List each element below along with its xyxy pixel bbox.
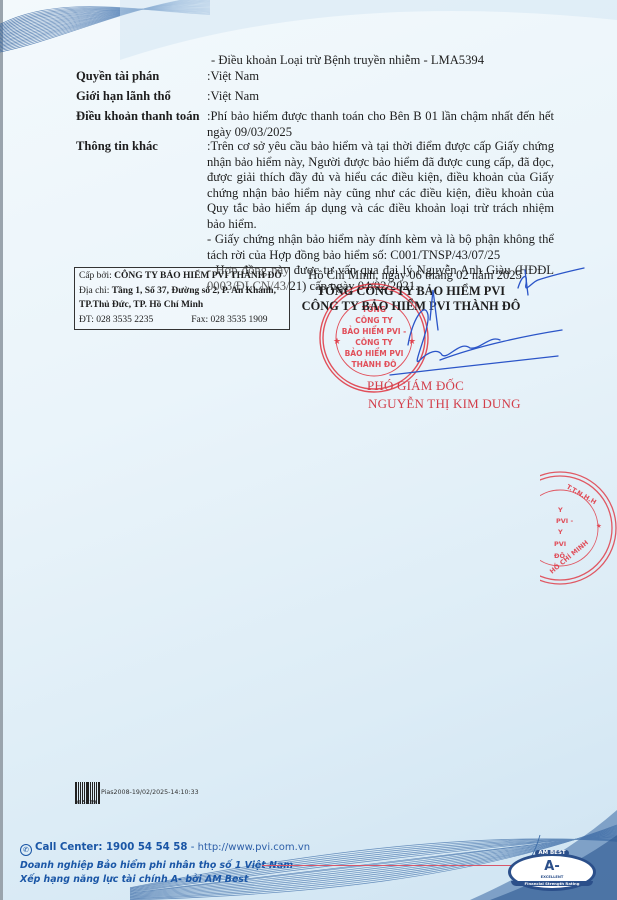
signing-org-parent: TỔNG CÔNG TY BẢO HIỂM PVI <box>280 284 542 299</box>
call-center-number[interactable]: Call Center: 1900 54 54 58 <box>35 842 187 853</box>
svg-text:Y: Y <box>557 528 563 536</box>
am-best-badge: AM BEST A- EXCELLENT Financial Strength … <box>508 853 596 891</box>
issuer-box: Cấp bởi: CÔNG TY BẢO HIỂM PVI THÀNH ĐÔ Đ… <box>74 267 290 330</box>
signatory-name: NGUYỄN THỊ KIM DUNG <box>368 396 521 412</box>
other-info-para-2: - Giấy chứng nhận bảo hiểm này đính kèm … <box>207 232 554 263</box>
svg-text:CÔNG TY: CÔNG TY <box>355 316 393 325</box>
partial-seal: T.T.N.H.H Y PVI - Y PVI ĐÔ ★ HỒ CHÍ MINH <box>540 466 617 586</box>
tagline-1: Doanh nghiệp Bảo hiểm phi nhân thọ số 1 … <box>20 860 293 871</box>
svg-text:THÀNH ĐÔ: THÀNH ĐÔ <box>351 360 396 369</box>
page-edge <box>0 0 3 900</box>
svg-text:BẢO HIỂM PVI: BẢO HIỂM PVI <box>345 348 404 358</box>
print-timestamp: Pias2008-19/02/2025-14:10:33 <box>101 789 199 796</box>
intro-clause: - Điều khoản Loại trừ Bệnh truyền nhiễm … <box>211 53 484 68</box>
signatory-title: PHÓ GIÁM ĐỐC <box>367 378 464 394</box>
field-value: :Phí bảo hiểm được thanh toán cho Bên B … <box>207 109 554 140</box>
field-label: Thông tin khác <box>76 139 206 155</box>
call-center: ✆Call Center: 1900 54 54 58 - http://www… <box>20 842 310 856</box>
svg-text:PVI -: PVI - <box>556 517 573 525</box>
website-link[interactable]: http://www.pvi.com.vn <box>198 842 310 853</box>
issuer-fax: Fax: 028 3535 1909 <box>191 313 267 328</box>
other-info-para-1: :Trên cơ sở yêu cầu bảo hiểm và tại thời… <box>207 139 554 232</box>
svg-text:★: ★ <box>596 522 602 530</box>
field-label: Quyền tài phán <box>76 69 206 85</box>
field-value: :Việt Nam <box>207 69 554 85</box>
accent-line <box>262 865 518 866</box>
barcode-bar <box>96 782 97 804</box>
document-page: - Điều khoản Loại trừ Bệnh truyền nhiễm … <box>0 0 617 900</box>
phone-circle-icon: ✆ <box>20 844 32 856</box>
barcode-number: 0 5929 <box>77 800 96 806</box>
svg-text:PVI: PVI <box>554 540 566 548</box>
issuer-name: CÔNG TY BẢO HIỂM PVI THÀNH ĐÔ <box>114 271 282 281</box>
issuer-address-2: TP.Thủ Đức, TP. Hồ Chí Minh <box>79 298 285 313</box>
signing-date: Hồ Chí Minh, ngày 06 tháng 02 năm 2025 <box>290 268 540 283</box>
svg-text:★: ★ <box>408 336 416 346</box>
field-label: Điều khoản thanh toán <box>76 109 206 125</box>
field-value: :Việt Nam <box>207 89 554 105</box>
signing-org: CÔNG TY BẢO HIỂM PVI THÀNH ĐÔ <box>280 299 542 314</box>
svg-text:BẢO HIỂM PVI -: BẢO HIỂM PVI - <box>342 326 407 336</box>
svg-text:CÔNG TY: CÔNG TY <box>355 338 393 347</box>
field-label: Giới hạn lãnh thổ <box>76 89 206 105</box>
issuer-address-1: Tầng 1, Số 37, Đường số 2, P. An Khánh, <box>112 286 276 296</box>
svg-text:★: ★ <box>333 336 341 346</box>
tagline-2: Xếp hạng năng lực tài chính A- bởi AM Be… <box>20 874 248 885</box>
issuer-phone: ĐT: 028 3535 2235 <box>79 313 153 328</box>
svg-text:Y: Y <box>557 506 563 514</box>
barcode-bar <box>98 782 100 804</box>
rating-grade: A- <box>511 859 593 874</box>
svg-text:T.T.N.H.H: T.T.N.H.H <box>565 483 598 506</box>
